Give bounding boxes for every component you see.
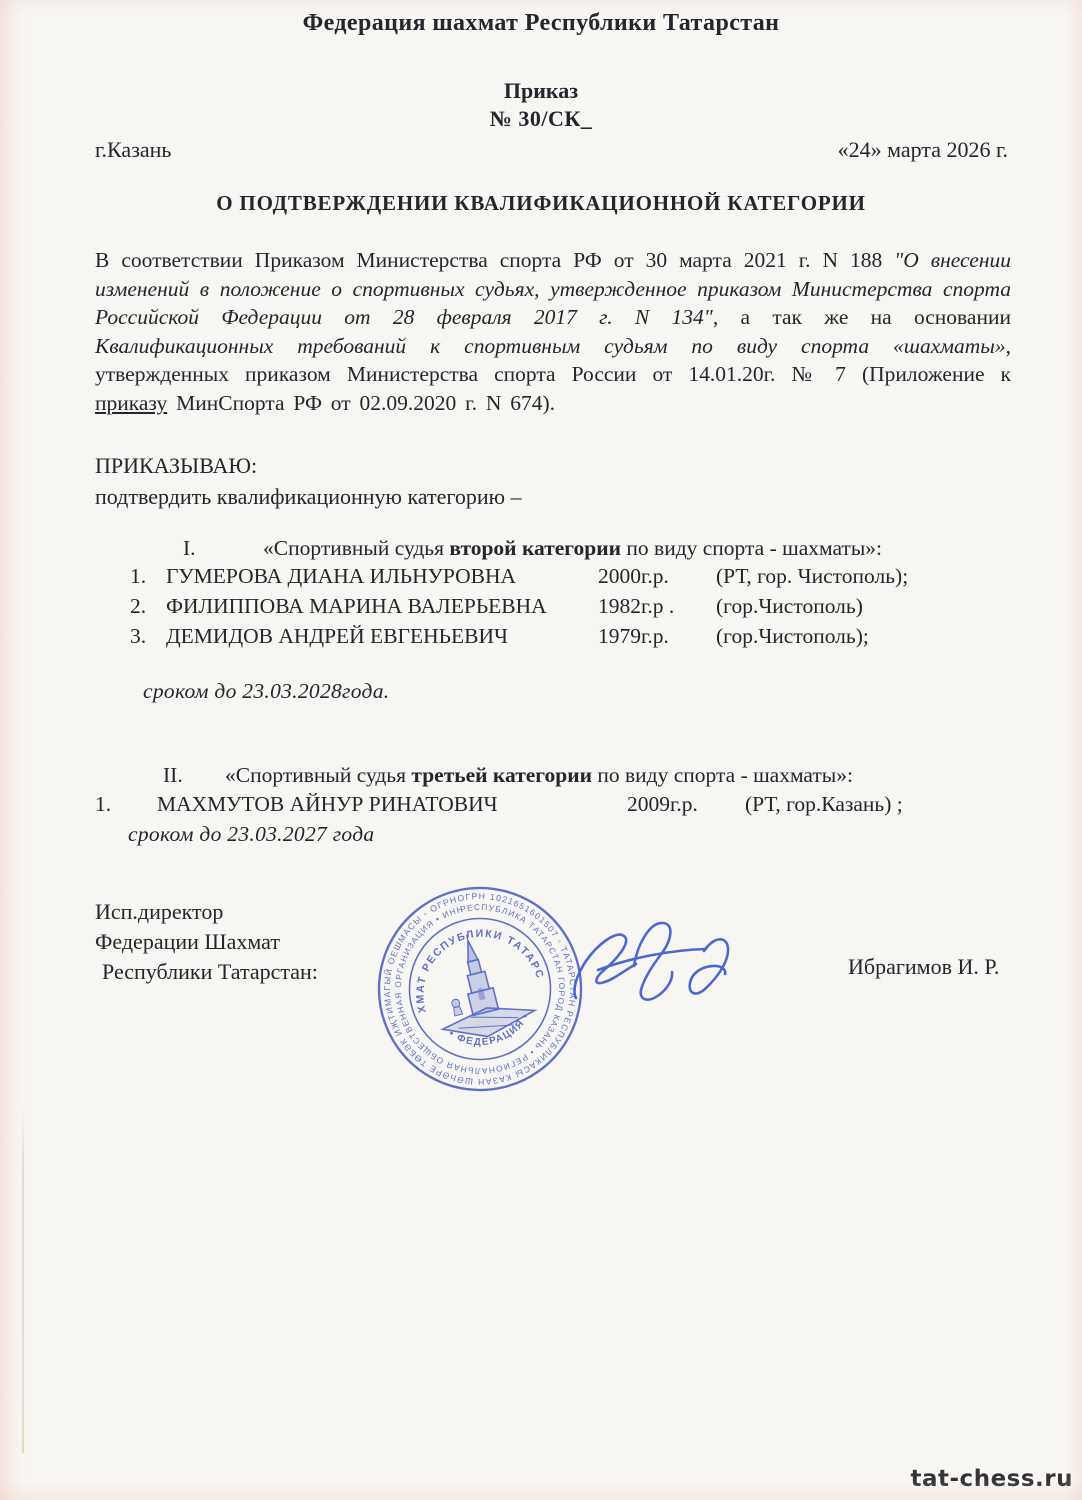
- signatory-role-line: Федерации Шахмат: [95, 927, 318, 957]
- preamble-underlined-word: приказу: [95, 391, 167, 415]
- document-type: Приказ: [0, 78, 1082, 104]
- preamble-segment: В соответствии Приказом Министерства спо…: [95, 248, 894, 272]
- document-number: № 30/СК_: [0, 106, 1082, 132]
- section-1-category-bold: второй категории: [449, 536, 621, 560]
- order-command: ПРИКАЗЫВАЮ:: [95, 451, 522, 482]
- section-2-prefix: «Спортивный судья: [225, 763, 411, 787]
- order-action: подтвердить квалификационную категорию –: [95, 482, 522, 513]
- judge-location: (РТ, гор. Чистополь);: [716, 564, 1010, 589]
- judge-name: ФИЛИППОВА МАРИНА ВАЛЕРЬЕВНА: [166, 594, 598, 619]
- official-round-stamp: ОГРН 1021651601507 ◦ ТАТАРСТАН РЕСПУБЛИК…: [375, 884, 585, 1094]
- section-1-heading: I.«Спортивный судья второй категории по …: [183, 536, 882, 561]
- section-1-suffix: по виду спорта - шахматы»:: [621, 536, 882, 560]
- judge-name: ГУМЕРОВА ДИАНА ИЛЬНУРОВНА: [166, 564, 598, 589]
- section-2-suffix: по виду спорта - шахматы»:: [592, 763, 853, 787]
- signatory-role-line: Республики Татарстан:: [95, 957, 318, 987]
- section-1-numeral: I.: [183, 536, 263, 561]
- city-date-row: г.Казань «24» марта 2026 г.: [95, 137, 1008, 163]
- judge-birth-year: 2000г.р.: [598, 564, 716, 589]
- order-block: ПРИКАЗЫВАЮ: подтвердить квалификационную…: [95, 451, 522, 512]
- section-2-judges-list: 1. МАХМУТОВ АЙНУР РИНАТОВИЧ 2009г.р. (РТ…: [95, 792, 1010, 822]
- section-1-prefix: «Спортивный судья: [263, 536, 449, 560]
- preamble-segment: МинСпорта РФ от 02.09.2020 г. N 674).: [167, 391, 555, 415]
- signer-name: Ибрагимов И. Р.: [848, 954, 999, 980]
- organization-title: Федерация шахмат Республики Татарстан: [0, 10, 1082, 37]
- section-2-category-bold: третьей категории: [411, 763, 592, 787]
- judge-birth-year: 2009г.р.: [627, 792, 745, 817]
- judge-row: 2. ФИЛИППОВА МАРИНА ВАЛЕРЬЕВНА 1982г.р .…: [130, 594, 1010, 624]
- judge-number: 1.: [95, 792, 157, 817]
- judge-row: 1. МАХМУТОВ АЙНУР РИНАТОВИЧ 2009г.р. (РТ…: [95, 792, 1010, 822]
- judge-number: 1.: [130, 564, 166, 589]
- judge-location: (гор.Чистополь): [716, 594, 1010, 619]
- section-2-heading: II.«Спортивный судья третьей категории п…: [163, 763, 853, 788]
- city-label: г.Казань: [95, 137, 171, 163]
- judge-row: 3. ДЕМИДОВ АНДРЕЙ ЕВГЕНЬЕВИЧ 1979г.р. (г…: [130, 624, 1010, 654]
- site-watermark: tat-chess.ru: [911, 1466, 1074, 1492]
- section-1-validity: сроком до 23.03.2028года.: [143, 679, 389, 704]
- signatory-role-line: Исп.директор: [95, 897, 318, 927]
- judge-birth-year: 1979г.р.: [598, 624, 716, 649]
- section-2-validity: сроком до 23.03.2027 года: [128, 822, 374, 847]
- signatory-role-block: Исп.директор Федерации Шахмат Республики…: [95, 897, 318, 987]
- judge-number: 3.: [130, 624, 166, 649]
- scan-fold-artifact: [22, 1108, 24, 1453]
- preamble-requirements-italic: Квалификационных требований к спортивным…: [95, 334, 1006, 358]
- judge-birth-year: 1982г.р .: [598, 594, 716, 619]
- stamp-graphic: ОГРН 1021651601507 ◦ ТАТАРСТАН РЕСПУБЛИК…: [375, 884, 585, 1094]
- judge-name: МАХМУТОВ АЙНУР РИНАТОВИЧ: [157, 792, 627, 817]
- signature-stroke: [570, 914, 745, 1019]
- judge-number: 2.: [130, 594, 166, 619]
- judge-name: ДЕМИДОВ АНДРЕЙ ЕВГЕНЬЕВИЧ: [166, 624, 598, 649]
- judge-location: (РТ, гор.Казань) ;: [745, 792, 1010, 817]
- handwritten-signature: [570, 914, 745, 1019]
- judge-row: 1. ГУМЕРОВА ДИАНА ИЛЬНУРОВНА 2000г.р. (Р…: [130, 564, 1010, 594]
- preamble-paragraph: В соответствии Приказом Министерства спо…: [95, 246, 1011, 418]
- preamble-segment: , а так же на основании: [713, 305, 1011, 329]
- document-subject: О ПОДТВЕРЖДЕНИИ КВАЛИФИКАЦИОННОЙ КАТЕГОР…: [0, 191, 1082, 216]
- section-2-numeral: II.: [163, 763, 225, 788]
- date-label: «24» марта 2026 г.: [838, 137, 1008, 163]
- judge-location: (гор.Чистополь);: [716, 624, 1010, 649]
- scanned-order-document: Федерация шахмат Республики Татарстан Пр…: [0, 0, 1082, 1500]
- section-1-judges-list: 1. ГУМЕРОВА ДИАНА ИЛЬНУРОВНА 2000г.р. (Р…: [130, 564, 1010, 654]
